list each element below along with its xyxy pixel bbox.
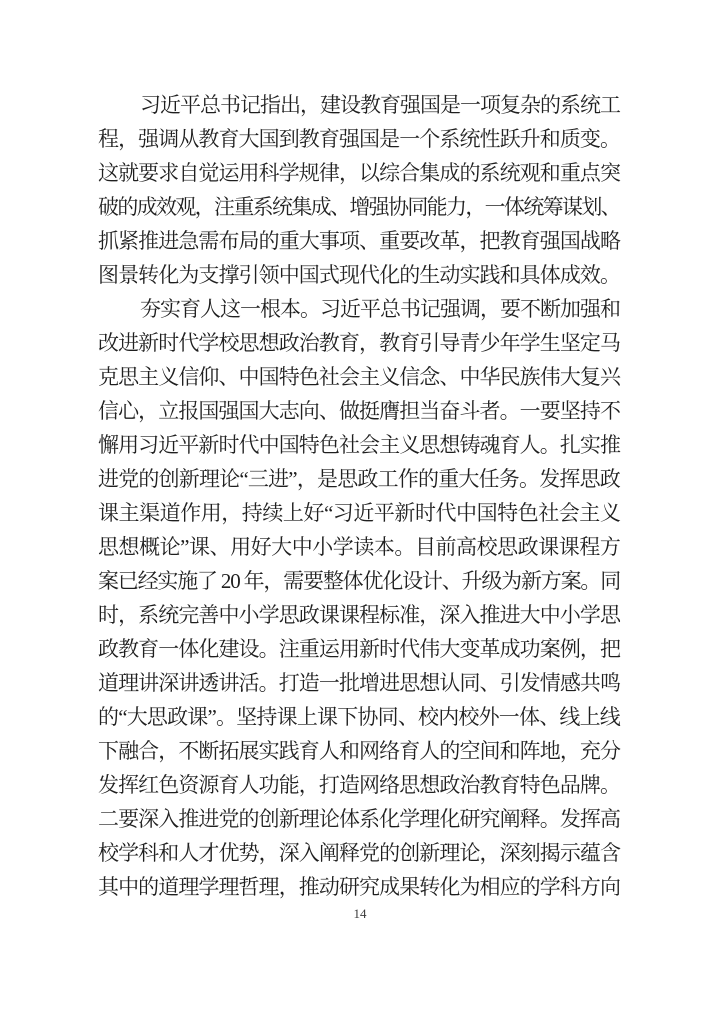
text-line: 道理讲深讲透讲活。打造一批增进思想认同、引发情感共鸣 <box>98 666 620 700</box>
text-line: 政教育一体化建设。注重运用新时代伟大变革成功案例，把 <box>98 632 620 666</box>
text-line: 习近平总书记指出，建设教育强国是一项复杂的系统工 <box>98 88 620 122</box>
text-line: 下融合，不断拓展实践育人和网络育人的空间和阵地，充分 <box>98 734 620 768</box>
document-body: 习近平总书记指出，建设教育强国是一项复杂的系统工程，强调从教育大国到教育强国是一… <box>98 88 620 904</box>
text-line: 其中的道理学理哲理，推动研究成果转化为相应的学科方向 <box>98 870 620 904</box>
document-page: 习近平总书记指出，建设教育强国是一项复杂的系统工程，强调从教育大国到教育强国是一… <box>0 0 720 1018</box>
text-line: 信心，立报国强国大志向、做挺膺担当奋斗者。一要坚持不 <box>98 394 620 428</box>
text-line: 时，系统完善中小学思政课课程标准，深入推进大中小学思 <box>98 598 620 632</box>
page-number: 14 <box>0 905 720 923</box>
text-line: 二要深入推进党的创新理论体系化学理化研究阐释。发挥高 <box>98 802 620 836</box>
text-line: 懈用习近平新时代中国特色社会主义思想铸魂育人。扎实推 <box>98 428 620 462</box>
text-line: 改进新时代学校思想政治教育，教育引导青少年学生坚定马 <box>98 326 620 360</box>
text-line: 课主渠道作用，持续上好“习近平新时代中国特色社会主义 <box>98 496 620 530</box>
text-line: 破的成效观，注重系统集成、增强协同能力，一体统筹谋划、 <box>98 190 620 224</box>
paragraph: 习近平总书记指出，建设教育强国是一项复杂的系统工程，强调从教育大国到教育强国是一… <box>98 88 620 292</box>
text-line: 校学科和人才优势，深入阐释党的创新理论，深刻揭示蕴含 <box>98 836 620 870</box>
text-line: 发挥红色资源育人功能，打造网络思想政治教育特色品牌。 <box>98 768 620 802</box>
text-line: 克思主义信仰、中国特色社会主义信念、中华民族伟大复兴 <box>98 360 620 394</box>
text-line: 进党的创新理论“三进”，是思政工作的重大任务。发挥思政 <box>98 462 620 496</box>
text-line: 案已经实施了 20 年，需要整体优化设计、升级为新方案。同 <box>98 564 620 598</box>
text-line: 夯实育人这一根本。习近平总书记强调，要不断加强和 <box>98 292 620 326</box>
text-line: 的“大思政课”。坚持课上课下协同、校内校外一体、线上线 <box>98 700 620 734</box>
text-line: 程，强调从教育大国到教育强国是一个系统性跃升和质变。 <box>98 122 620 156</box>
paragraph: 夯实育人这一根本。习近平总书记强调，要不断加强和改进新时代学校思想政治教育，教育… <box>98 292 620 904</box>
text-line: 图景转化为支撑引领中国式现代化的生动实践和具体成效。 <box>98 258 620 292</box>
text-line: 抓紧推进急需布局的重大事项、重要改革，把教育强国战略 <box>98 224 620 258</box>
text-line: 思想概论”课、用好大中小学读本。目前高校思政课课程方 <box>98 530 620 564</box>
text-line: 这就要求自觉运用科学规律，以综合集成的系统观和重点突 <box>98 156 620 190</box>
